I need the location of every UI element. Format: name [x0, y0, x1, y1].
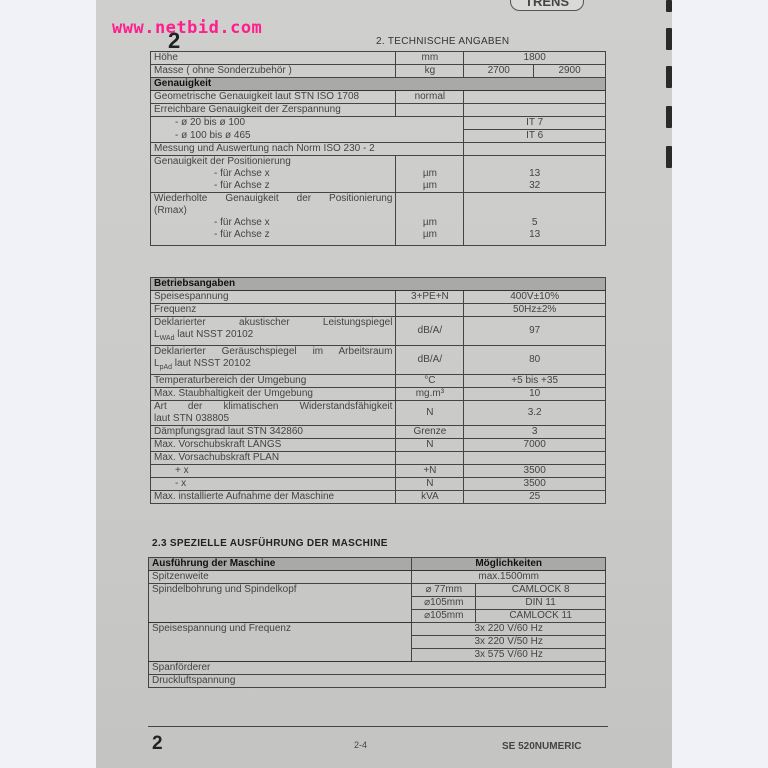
row-value: 13 32 [464, 156, 606, 193]
row-label: Dämpfungsgrad laut STN 342860 [151, 426, 396, 439]
row-unit: N [396, 478, 464, 491]
row-label: Genauigkeit der Positionierung - für Ach… [151, 156, 396, 193]
table-row: Max. Vorsachubskraft PLAN [151, 452, 606, 465]
row-value: IT 7 [464, 117, 606, 130]
row-label: Geometrische Genauigkeit laut STN ISO 17… [151, 91, 396, 104]
option-value: 3x 575 V/60 Hz [412, 649, 606, 662]
option-type: CAMLOCK 8 [476, 584, 606, 597]
row-label: Spitzenweite [149, 571, 412, 584]
table-row: Max. Staubhaltigkeit der Umgebung mg.m³ … [151, 388, 606, 401]
row-unit: µm µm [396, 156, 464, 193]
row-value: 3.2 [464, 401, 606, 426]
row-unit: °C [396, 375, 464, 388]
row-value [464, 452, 606, 465]
table-row: - x N 3500 [151, 478, 606, 491]
table-row: - ø 100 bis ø 465 IT 6 [151, 130, 606, 143]
table-row: Speisespannung und Frequenz 3x 220 V/60 … [149, 623, 606, 636]
axis-z-value: 13 [467, 229, 602, 241]
table-row: Temperaturbereich der Umgebung °C +5 bis… [151, 375, 606, 388]
option-value: 3x 220 V/50 Hz [412, 636, 606, 649]
row-label: Speisespannung [151, 291, 396, 304]
row-value: +5 bis +35 [464, 375, 606, 388]
row-value: IT 6 [464, 130, 606, 143]
option-type: DIN 11 [476, 597, 606, 610]
option-size: ⌀105mm [412, 610, 476, 623]
axis-x-value: 13 [467, 168, 602, 180]
row-unit: mm [396, 52, 464, 65]
row-value: 2700 [464, 65, 534, 78]
row-label: Speisespannung und Frequenz [149, 623, 412, 662]
row-label: Deklarierter akustischer Leistungspiegel… [151, 317, 396, 346]
axis-z-unit: µm [399, 180, 460, 192]
table-row: Geometrische Genauigkeit laut STN ISO 17… [151, 91, 606, 104]
axis-x-unit: µm [399, 217, 460, 229]
axis-z-label: - für Achse z [154, 229, 392, 241]
row-value: 2900 [534, 65, 606, 78]
binder-tab [666, 28, 672, 50]
row-label: Deklarierter Geräuschspiegel im Arbeitsr… [151, 346, 396, 375]
row-value: 80 [464, 346, 606, 375]
row-unit: N [396, 401, 464, 426]
table-row: Max. Vorschubskraft LÄNGS N 7000 [151, 439, 606, 452]
table-row: Messung und Auswertung nach Norm ISO 230… [151, 143, 606, 156]
table-row: Erreichbare Genauigkeit der Zerspannung [151, 104, 606, 117]
row-label: Masse ( ohne Sonderzubehör ) [151, 65, 396, 78]
table-row: Max. installierte Aufnahme der Maschine … [151, 491, 606, 504]
row-label: Art der klimatischen Widerstandsfähigkei… [151, 401, 396, 426]
special-design-table: Ausführung der Maschine Möglichkeiten Sp… [148, 557, 606, 688]
row-unit [396, 104, 464, 117]
trens-logo: TRENS [510, 0, 584, 11]
table-row: Art der klimatischen Widerstandsfähigkei… [151, 401, 606, 426]
option-size: ⌀105mm [412, 597, 476, 610]
axis-x-unit: µm [399, 168, 460, 180]
binder-tab [666, 66, 672, 88]
row-unit: µm µm [396, 193, 464, 246]
row-value: 5 13 [464, 193, 606, 246]
table-row: Wiederholte Genauigkeit der Positionieru… [151, 193, 606, 246]
table-row: Druckluftspannung [149, 675, 606, 688]
label-line: laut STN 038805 [154, 413, 392, 425]
table-row: - ø 20 bis ø 100 IT 7 [151, 117, 606, 130]
section-heading: 2. TECHNISCHE ANGABEN [376, 36, 509, 47]
table-row: Speisespannung 3+PE+N 400V±10% [151, 291, 606, 304]
axis-x-value: 5 [467, 217, 602, 229]
label-line: LpAd laut NSST 20102 [154, 358, 392, 374]
row-value: 3 [464, 426, 606, 439]
axis-z-label: - für Achse z [154, 180, 392, 192]
row-label: Höhe [151, 52, 396, 65]
row-unit: dB/A/ [396, 317, 464, 346]
table-row: Höhe mm 1800 [151, 52, 606, 65]
positionierung-label: Genauigkeit der Positionierung [154, 156, 392, 168]
table-row: Deklarierter akustischer Leistungspiegel… [151, 317, 606, 346]
row-unit: Grenze [396, 426, 464, 439]
row-value: 3500 [464, 465, 606, 478]
row-value [464, 143, 606, 156]
row-label: - ø 20 bis ø 100 [151, 117, 464, 130]
row-label: Spindelbohrung und Spindelkopf [149, 584, 412, 623]
label-line: LWAd laut NSST 20102 [154, 329, 392, 345]
footer-chapter: 2 [152, 733, 163, 755]
option-size: ⌀ 77mm [412, 584, 476, 597]
group-header-label: Betriebsangaben [151, 278, 606, 291]
row-value [464, 104, 606, 117]
group-header-label: Genauigkeit [151, 78, 606, 91]
row-unit: kVA [396, 491, 464, 504]
table-row: Genauigkeit der Positionierung - für Ach… [151, 156, 606, 193]
row-unit: normal [396, 91, 464, 104]
row-value: 10 [464, 388, 606, 401]
subscript: WAd [160, 335, 175, 342]
option-type: CAMLOCK 11 [476, 610, 606, 623]
footer-model: SE 520NUMERIC [502, 741, 581, 752]
label-line: Deklarierter Geräuschspiegel im Arbeitsr… [154, 346, 392, 358]
label-line: Art der klimatischen Widerstandsfähigkei… [154, 401, 392, 413]
table-header: Ausführung der Maschine Möglichkeiten [149, 558, 606, 571]
row-label: Temperaturbereich der Umgebung [151, 375, 396, 388]
watermark: www.netbid.com [112, 18, 262, 38]
operating-data-table: Betriebsangaben Speisespannung 3+PE+N 40… [150, 277, 606, 504]
row-value: 1800 [464, 52, 606, 65]
row-label: Wiederholte Genauigkeit der Positionieru… [151, 193, 396, 246]
label-text: laut NSST 20102 [172, 358, 251, 369]
row-unit: +N [396, 465, 464, 478]
group-header: Betriebsangaben [151, 278, 606, 291]
row-unit: mg.m³ [396, 388, 464, 401]
table-row: Dämpfungsgrad laut STN 342860 Grenze 3 [151, 426, 606, 439]
table-row: Frequenz 50Hz±2% [151, 304, 606, 317]
binder-tab [666, 146, 672, 168]
rmax-label: (Rmax) [154, 205, 392, 217]
binder-tab [666, 106, 672, 128]
row-label: Max. installierte Aufnahme der Maschine [151, 491, 396, 504]
row-label: Erreichbare Genauigkeit der Zerspannung [151, 104, 396, 117]
table-row: Spindelbohrung und Spindelkopf ⌀ 77mm CA… [149, 584, 606, 597]
axis-x-label: - für Achse x [154, 168, 392, 180]
label-line: Deklarierter akustischer Leistungspiegel [154, 317, 392, 329]
row-label: Messung und Auswertung nach Norm ISO 230… [151, 143, 464, 156]
row-label: Max. Staubhaltigkeit der Umgebung [151, 388, 396, 401]
option-value: 3x 220 V/60 Hz [412, 623, 606, 636]
row-unit [396, 452, 464, 465]
row-label: Max. Vorsachubskraft PLAN [151, 452, 396, 465]
footer-page-number: 2-4 [354, 740, 367, 750]
row-value: 25 [464, 491, 606, 504]
row-value: 97 [464, 317, 606, 346]
row-value: 50Hz±2% [464, 304, 606, 317]
row-label: - ø 100 bis ø 465 [151, 130, 464, 143]
row-unit: N [396, 439, 464, 452]
table-row: Spanförderer [149, 662, 606, 675]
row-value [464, 91, 606, 104]
section-title: 2.3 SPEZIELLE AUSFÜHRUNG DER MASCHINE [152, 538, 388, 549]
binder-tab [666, 0, 672, 12]
column-header: Möglichkeiten [412, 558, 606, 571]
row-label: - x [151, 478, 396, 491]
row-label: Max. Vorschubskraft LÄNGS [151, 439, 396, 452]
row-unit: 3+PE+N [396, 291, 464, 304]
row-label: + x [151, 465, 396, 478]
wiederholte-label: Wiederholte Genauigkeit der Positionieru… [154, 193, 392, 205]
group-header: Genauigkeit [151, 78, 606, 91]
table-row: Masse ( ohne Sonderzubehör ) kg 2700 290… [151, 65, 606, 78]
axis-x-label: - für Achse x [154, 217, 392, 229]
technical-data-table: Höhe mm 1800 Masse ( ohne Sonderzubehör … [150, 51, 606, 246]
label-text: laut NSST 20102 [174, 329, 253, 340]
row-value: max.1500mm [412, 571, 606, 584]
row-label: Druckluftspannung [149, 675, 606, 688]
footer-divider [148, 726, 608, 727]
row-label: Spanförderer [149, 662, 606, 675]
document-page: TRENS www.netbid.com 2 2. TECHNISCHE ANG… [96, 0, 672, 768]
column-header: Ausführung der Maschine [149, 558, 412, 571]
row-value: 7000 [464, 439, 606, 452]
axis-z-unit: µm [399, 229, 460, 241]
row-unit [396, 304, 464, 317]
row-value: 400V±10% [464, 291, 606, 304]
row-value: 3500 [464, 478, 606, 491]
table-row: Spitzenweite max.1500mm [149, 571, 606, 584]
axis-z-value: 32 [467, 180, 602, 192]
table-row: + x +N 3500 [151, 465, 606, 478]
subscript: pAd [160, 364, 172, 371]
table-row: Deklarierter Geräuschspiegel im Arbeitsr… [151, 346, 606, 375]
row-label: Frequenz [151, 304, 396, 317]
row-unit: kg [396, 65, 464, 78]
row-unit: dB/A/ [396, 346, 464, 375]
